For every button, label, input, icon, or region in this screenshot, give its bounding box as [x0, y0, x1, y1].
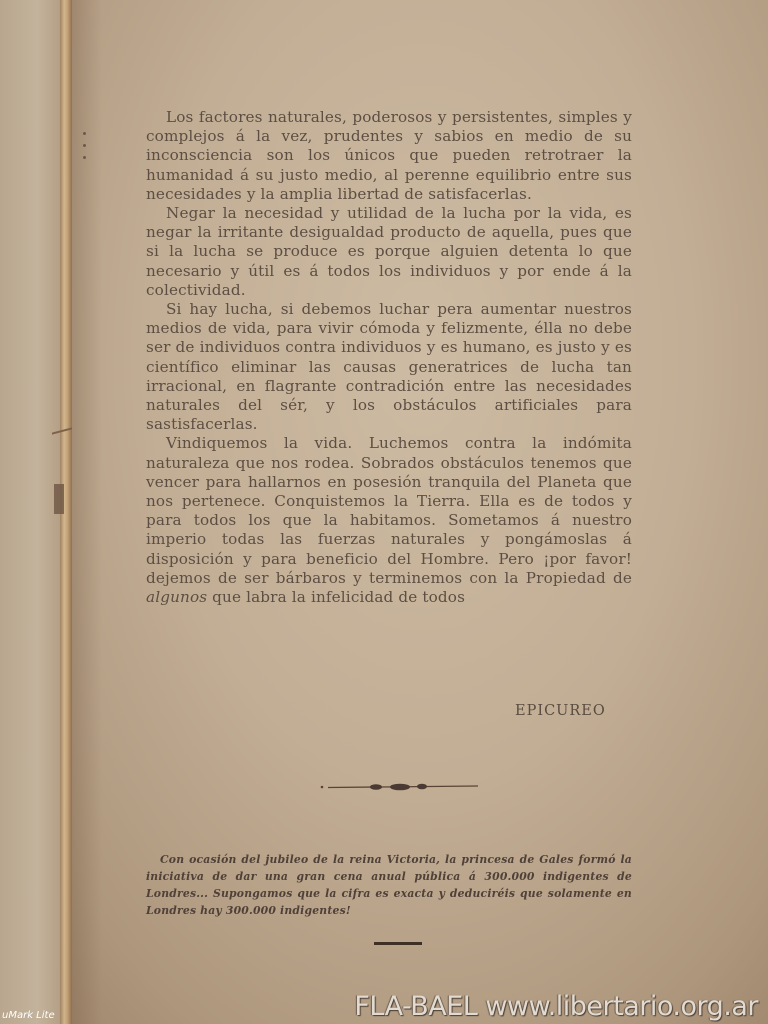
ornament-divider-icon: [316, 780, 482, 794]
paragraph-4-ending: que labra la infelicidad de todos: [207, 588, 465, 606]
paragraph-4-text: Vindiquemos la vida. Luchemos contra la …: [146, 434, 632, 586]
article-body: Los factores naturales, poderosos y pers…: [146, 108, 632, 607]
paragraph-1: Los factores naturales, poderosos y pers…: [146, 108, 632, 204]
fold-shadow: [72, 0, 102, 1024]
watermark: FLA-BAEL www.libertario.org.ar: [354, 991, 758, 1022]
author-signature: EPICUREO: [515, 703, 606, 719]
camera-tag: uMark Lite: [2, 1010, 55, 1021]
margin-stitch-dots: [83, 132, 87, 168]
italic-word: algunos: [146, 588, 207, 606]
footnote: Con ocasión del jubileo de la reina Vict…: [146, 851, 632, 919]
footnote-text: Con ocasión del jubileo de la reina Vict…: [146, 851, 632, 919]
binding-mark: [54, 484, 64, 514]
photographed-page: Los factores naturales, poderosos y pers…: [0, 0, 768, 1024]
closing-rule: [374, 942, 422, 945]
paragraph-4: Vindiquemos la vida. Luchemos contra la …: [146, 434, 632, 607]
left-page-edge: [0, 0, 62, 1024]
paragraph-3: Si hay lucha, si debemos luchar pera aum…: [146, 300, 632, 434]
paragraph-2: Negar la necesidad y utilidad de la luch…: [146, 204, 632, 300]
